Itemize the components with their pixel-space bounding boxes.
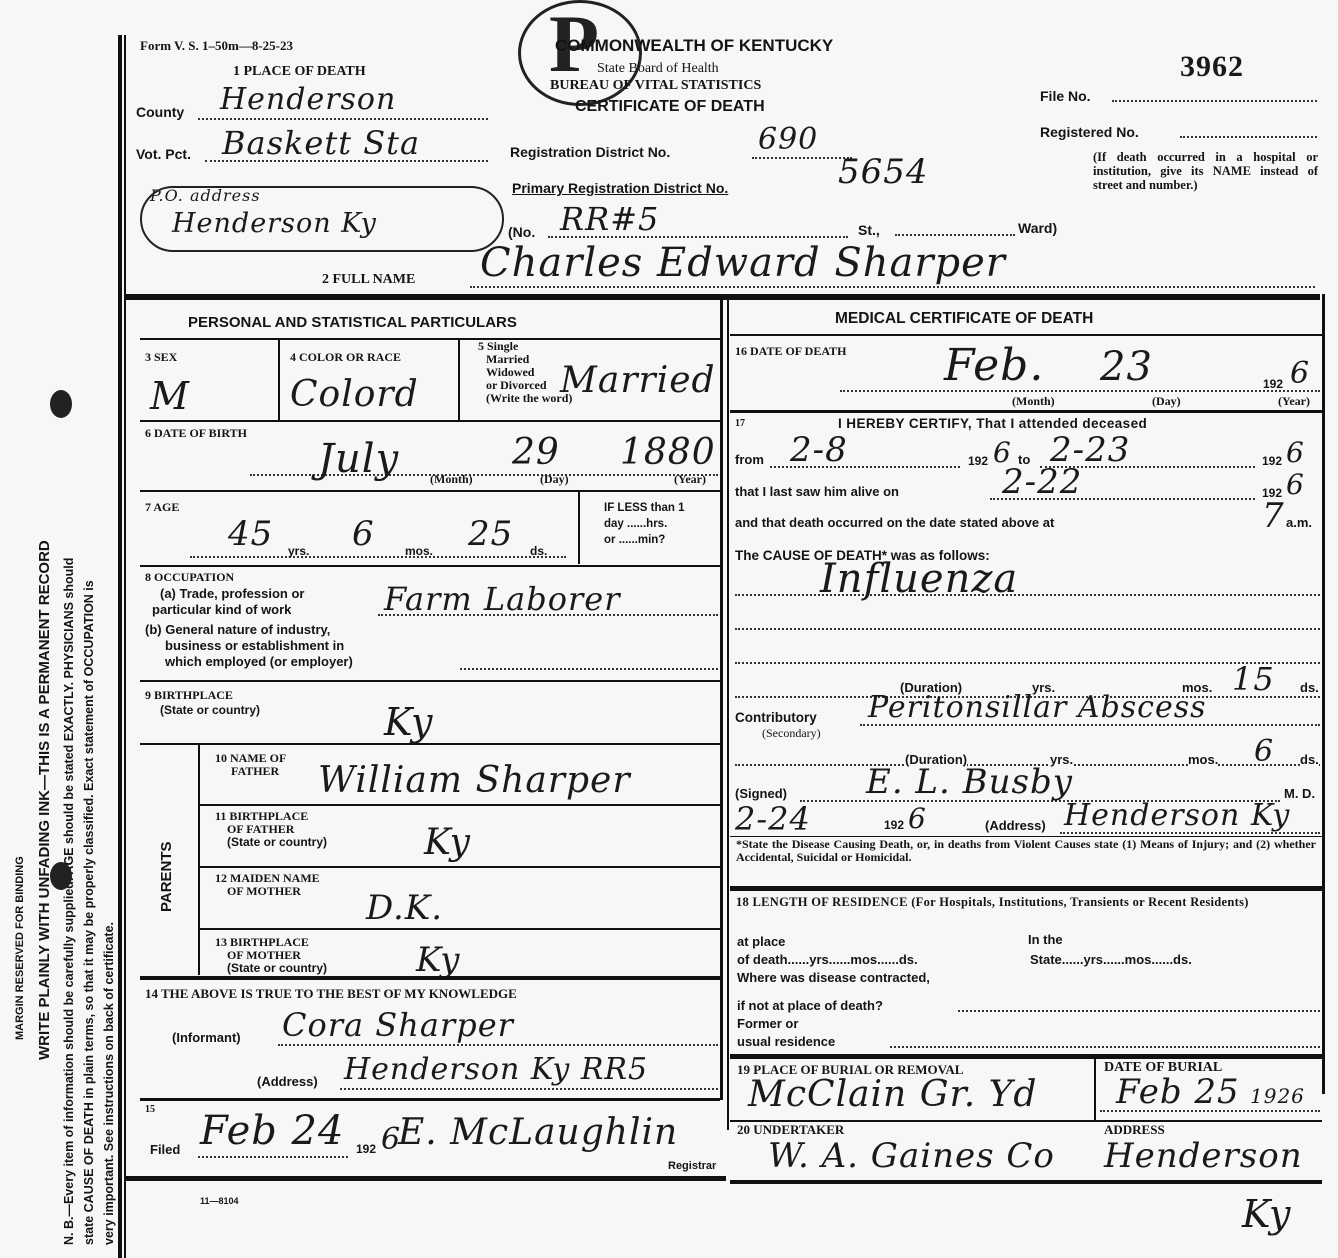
- birthplace-value: Ky: [384, 700, 433, 744]
- ward-label: Ward): [1018, 220, 1057, 236]
- hospital-note: (If death occurred in a hospital or inst…: [1093, 150, 1318, 192]
- print-code: 11—8104: [200, 1196, 239, 1206]
- row-rule-residence: [730, 1054, 1322, 1059]
- margin-reserved-text: MARGIN RESERVED FOR BINDING: [14, 856, 26, 1040]
- age-yrs-label: yrs.: [288, 544, 309, 558]
- filed-year-prefix: 192: [356, 1142, 376, 1156]
- row-rule-dob: [140, 490, 720, 492]
- registration-district-label: Registration District No.: [510, 144, 670, 160]
- row-rule-footnote: [730, 886, 1322, 891]
- to-year-prefix: 192: [1262, 454, 1282, 468]
- birthplace-label: 9 BIRTHPLACE: [145, 688, 233, 703]
- residence-at-place: at place: [737, 934, 785, 949]
- commonwealth-title: COMMONWEALTH OF KENTUCKY: [555, 36, 833, 56]
- undertaker-address-value-2: Ky: [1242, 1192, 1291, 1236]
- county-label: County: [136, 104, 184, 120]
- form-code: Form V. S. 1–50m—8-25-23: [140, 38, 293, 54]
- dob-month-caption: (Month): [430, 472, 473, 487]
- certificate-title: CERTIFICATE OF DEATH: [575, 98, 765, 116]
- row-rule-mother: [200, 928, 720, 930]
- dob-label: 6 DATE OF BIRTH: [145, 426, 247, 441]
- occupation-b-label: (b) General nature of industry, business…: [145, 622, 353, 670]
- contributory-label: Contributory: [735, 710, 817, 725]
- age-ds-label: ds.: [530, 544, 547, 558]
- binding-hole-bottom: [50, 862, 72, 890]
- birthplace-sublabel: (State or country): [160, 703, 260, 717]
- dod-day-caption: (Day): [1152, 394, 1181, 409]
- occupation-label: 8 OCCUPATION: [145, 570, 234, 585]
- bottom-rule-left: [126, 1176, 726, 1181]
- vot-pct-value: Baskett Sta: [222, 124, 420, 162]
- burial-date-year: 1926: [1250, 1084, 1305, 1108]
- county-field[interactable]: [198, 118, 488, 120]
- residence-label: 18 LENGTH OF RESIDENCE (For Hospitals, I…: [736, 894, 1318, 910]
- physician-address-value: Henderson Ky: [1064, 798, 1290, 833]
- former-residence-label: Former or: [737, 1016, 798, 1031]
- st-label: St.,: [858, 222, 880, 238]
- from-label: from: [735, 452, 764, 467]
- registrar-label: Registrar: [668, 1160, 716, 1172]
- sex-divider: [278, 340, 280, 420]
- margin-write-plainly-text: WRITE PLAINLY WITH UNFADING INK—THIS IS …: [36, 540, 53, 1060]
- cause-line-2[interactable]: [735, 628, 1320, 630]
- bureau-title: BUREAU OF VITAL STATISTICS: [550, 78, 761, 94]
- registration-district-field[interactable]: [752, 157, 852, 159]
- row-rule-age: [140, 565, 720, 567]
- right-border: [1322, 294, 1325, 1094]
- file-no-field[interactable]: [1112, 100, 1317, 102]
- registered-no-label: Registered No.: [1040, 124, 1139, 140]
- death-time-value: 7: [1262, 496, 1285, 536]
- informant-address-label: (Address): [257, 1074, 318, 1089]
- informant-label: (Informant): [172, 1030, 241, 1045]
- filed-date-value: Feb 24: [200, 1108, 344, 1154]
- row-rule-birthplace: [140, 743, 720, 745]
- filed-label: Filed: [150, 1142, 180, 1157]
- certify-number: 17: [735, 418, 745, 429]
- mother-maiden-value: D.K.: [366, 888, 443, 928]
- full-name-value: Charles Edward Sharper: [480, 240, 1006, 286]
- physician-address-label: (Address): [985, 818, 1046, 833]
- race-label: 4 COLOR OR RACE: [290, 350, 401, 365]
- residence-state[interactable]: State......yrs......mos......ds.: [1030, 952, 1192, 967]
- no-label: (No.: [508, 224, 535, 240]
- dod-year-digit: 6: [1290, 356, 1310, 391]
- filed-date-field[interactable]: [198, 1156, 348, 1158]
- place-of-death-label: 1 PLACE OF DEATH: [233, 64, 366, 80]
- disease-contracted-label: Where was disease contracted,: [737, 970, 930, 985]
- sex-label: 3 SEX: [145, 350, 177, 365]
- occupation-a-label: (a) Trade, profession or particular kind…: [160, 586, 304, 618]
- margin-nb-line-2: state CAUSE OF DEATH in plain terms, so …: [82, 580, 96, 1245]
- row-rule-sex: [140, 420, 720, 422]
- informant-address-field[interactable]: [340, 1088, 718, 1090]
- dod-year-caption: (Year): [1278, 394, 1310, 409]
- undertaker-address-value: Henderson: [1104, 1136, 1303, 1176]
- dob-month: July: [318, 436, 399, 482]
- usual-residence-label: usual residence: [737, 1034, 835, 1049]
- marital-labels: 5 Single Married Widowed or Divorced (Wr…: [478, 340, 572, 405]
- left-border-inner: [124, 35, 126, 1258]
- marital-value: Married: [560, 360, 716, 401]
- undertaker-value: W. A. Gaines Co: [768, 1136, 1055, 1176]
- row-rule-father: [200, 804, 720, 806]
- center-divider-2: [727, 300, 729, 1130]
- residence-in-the: In the: [1028, 932, 1063, 947]
- death-time-label: and that death occurred on the date stat…: [735, 515, 1054, 530]
- personal-title-rule: [140, 338, 720, 340]
- dob-day: 29: [512, 432, 560, 473]
- row-rule-occupation: [140, 680, 720, 682]
- father-name-value: William Sharper: [318, 760, 631, 801]
- informant-value: Cora Sharper: [282, 1006, 514, 1044]
- residence-of-death[interactable]: of death......yrs......mos......ds.: [737, 952, 918, 967]
- to-year-digit: 6: [1286, 436, 1305, 469]
- left-border: [118, 35, 122, 1258]
- father-birthplace-label: 11 BIRTHPLACE OF FATHER (State or countr…: [215, 810, 327, 849]
- dod-month-caption: (Month): [1012, 394, 1055, 409]
- sex-value: M: [150, 374, 190, 418]
- father-name-label: 10 NAME OF FATHER: [215, 752, 286, 778]
- vot-pct-label: Vot. Pct.: [136, 146, 191, 162]
- filed-number: 15: [145, 1104, 155, 1115]
- footnote: *State the Disease Causing Death, or, in…: [736, 838, 1316, 864]
- full-name-field[interactable]: [470, 286, 1315, 288]
- county-value: Henderson: [220, 82, 396, 117]
- death-time-suffix: a.m.: [1286, 515, 1312, 530]
- dod-field[interactable]: [840, 390, 1320, 392]
- signed-date-value: 2-24: [735, 800, 811, 838]
- age-years: 45: [228, 514, 273, 554]
- burial-date-value: Feb 25: [1116, 1072, 1240, 1112]
- dob-year-caption: (Year): [674, 472, 706, 487]
- cause-value: Influenza: [820, 556, 1018, 602]
- registered-no-field[interactable]: [1180, 136, 1317, 138]
- if-not-place-label: if not at place of death?: [737, 998, 883, 1013]
- secondary-label: (Secondary): [762, 726, 821, 741]
- burial-place-value: McClain Gr. Yd: [748, 1074, 1037, 1115]
- age-field[interactable]: [190, 556, 566, 558]
- occupation-a-value: Farm Laborer: [384, 580, 621, 618]
- duration-1-ds-label: ds.: [1300, 680, 1319, 695]
- dod-month: Feb.: [944, 340, 1044, 391]
- dod-label: 16 DATE OF DEATH: [735, 344, 846, 359]
- file-no-label: File No.: [1040, 88, 1091, 104]
- burial-divider: [1094, 1058, 1096, 1122]
- file-no-value: 3962: [1180, 50, 1244, 84]
- informant-address-value: Henderson Ky RR5: [344, 1052, 648, 1087]
- age-label: 7 AGE: [145, 500, 179, 515]
- mother-maiden-label: 12 MAIDEN NAME OF MOTHER: [215, 872, 320, 898]
- from-year-prefix: 192: [968, 454, 988, 468]
- dod-day: 23: [1100, 344, 1153, 390]
- if-less-note: IF LESS than 1 day ......hrs. or ......m…: [604, 500, 685, 548]
- binding-hole-top: [50, 390, 72, 418]
- parents-divider: [198, 745, 200, 975]
- age-mos-label: mos.: [405, 544, 433, 558]
- usual-residence-field[interactable]: [890, 1046, 1320, 1048]
- personal-section-title: PERSONAL AND STATISTICAL PARTICULARS: [188, 314, 517, 331]
- duration-2-ds-label: ds.: [1300, 752, 1319, 767]
- parents-label: PARENTS: [158, 841, 175, 912]
- if-not-place-field[interactable]: [958, 1010, 1320, 1012]
- mother-birthplace-value: Ky: [416, 940, 460, 980]
- age-days: 25: [468, 514, 513, 554]
- signed-year-digit: 6: [908, 802, 927, 835]
- center-divider: [720, 300, 723, 1100]
- registration-district-value: 690: [758, 122, 818, 157]
- bottom-rule-right: [730, 1180, 1322, 1184]
- certify-text: I HEREBY CERTIFY, That I attended deceas…: [838, 416, 1147, 431]
- dob-day-caption: (Day): [540, 472, 569, 487]
- duration-1-days: 15: [1232, 660, 1275, 698]
- from-value: 2-8: [790, 430, 848, 470]
- occupation-b-field[interactable]: [460, 668, 718, 670]
- row-rule-father-birthplace: [200, 866, 720, 868]
- full-name-label: 2 FULL NAME: [322, 272, 415, 288]
- city-value: Henderson Ky: [172, 208, 377, 239]
- medical-title-rule: [730, 334, 1322, 336]
- primary-registration-value: 5654: [838, 152, 929, 192]
- ward-field[interactable]: [895, 234, 1015, 236]
- dod-year-prefix: 192: [1263, 377, 1283, 391]
- row-rule-dod: [730, 410, 1322, 413]
- medical-section-title: MEDICAL CERTIFICATE OF DEATH: [835, 310, 1093, 328]
- race-divider: [458, 340, 460, 420]
- age-divider: [578, 492, 580, 564]
- mother-birthplace-label: 13 BIRTHPLACE OF MOTHER (State or countr…: [215, 936, 327, 975]
- informant-field[interactable]: [278, 1044, 718, 1046]
- duration-2-mos-label: mos.: [1188, 752, 1218, 767]
- age-months: 6: [352, 514, 375, 554]
- main-divider: [126, 294, 1320, 300]
- row-rule-mother-birthplace: [140, 976, 720, 980]
- signed-value: E. L. Busby: [866, 762, 1073, 802]
- margin-nb-line-1: N. B.—Every item of information should b…: [62, 558, 76, 1245]
- row-rule-informant: [140, 1098, 720, 1101]
- signed-year-prefix: 192: [884, 818, 904, 832]
- board-title: State Board of Health: [597, 61, 719, 77]
- margin-nb-line-3: very important. See instructions on back…: [102, 922, 116, 1245]
- signed-label: (Signed): [735, 786, 787, 801]
- dob-year: 1880: [620, 432, 716, 473]
- last-saw-label: that I last saw him alive on: [735, 484, 899, 499]
- registrar-signature: E. McLaughlin: [398, 1112, 678, 1153]
- race-value: Colord: [290, 374, 419, 415]
- last-saw-value: 2-22: [1002, 462, 1082, 502]
- no-value: RR#5: [560, 200, 659, 238]
- primary-registration-label: Primary Registration District No.: [512, 180, 728, 196]
- duration-2-days: 6: [1254, 734, 1274, 769]
- last-saw-year-digit: 6: [1286, 468, 1305, 501]
- contributory-value: Peritonsillar Abscess: [868, 690, 1207, 725]
- true-statement-label: 14 THE ABOVE IS TRUE TO THE BEST OF MY K…: [145, 986, 517, 1002]
- father-birthplace-value: Ky: [424, 822, 471, 863]
